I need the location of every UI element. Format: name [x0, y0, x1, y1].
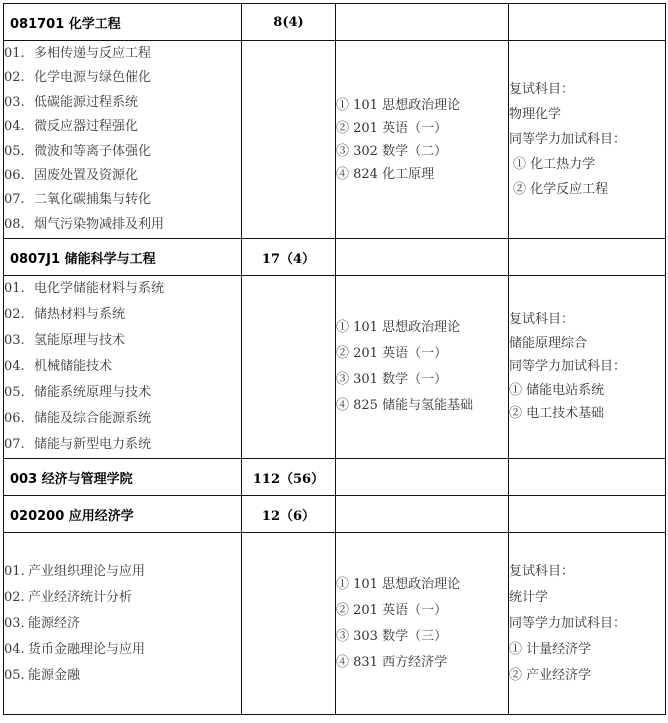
extra-exam-subject: ② 电工技术基础 [509, 402, 665, 426]
direction-number: 04. [4, 115, 34, 139]
exam-subject: ④ 825 储能与氢能基础 [336, 393, 508, 419]
direction-name: 二氧化碳捕集与转化 [34, 192, 151, 207]
exam-subject: ② 201 英语（一） [336, 117, 508, 140]
retest-label: 复试科目： [509, 308, 665, 332]
direction-item: 04.微反应器过程强化 [4, 115, 241, 139]
direction-item: 03.氢能原理与技术 [4, 328, 241, 354]
direction-item: 01.电化学储能材料与系统 [4, 276, 241, 302]
retest-subject: 储能原理综合 [509, 332, 665, 356]
major-detail-row: 01.电化学储能材料与系统 02.储热材料与系统 03.氢能原理与技术 04.机… [4, 276, 666, 459]
direction-item: 01.产业组织理论与应用 [4, 559, 241, 585]
exam-subjects: ① 101 思想政治理论 ② 201 英语（一） ③ 303 数学（三） ④ 8… [336, 533, 509, 715]
direction-number: 01. [4, 559, 28, 585]
direction-item: 08.烟气污染物减排及利用 [4, 213, 241, 237]
direction-number: 04. [4, 354, 34, 380]
extra-exam-label: 同等学力加试科目： [509, 611, 665, 637]
enrollment-count: 8(4) [242, 4, 336, 41]
empty-cell [509, 459, 666, 496]
direction-item: 04.货币金融理论与应用 [4, 637, 241, 663]
exam-subjects: ① 101 思想政治理论 ② 201 英语（一） ③ 301 数学（一） ④ 8… [336, 276, 509, 459]
retest-label: 复试科目： [509, 559, 665, 585]
direction-number: 02. [4, 585, 28, 611]
exam-subject: ③ 303 数学（三） [336, 624, 508, 650]
school-header-row: 003 经济与管理学院 112（56） [4, 459, 666, 496]
direction-name: 储能与新型电力系统 [34, 437, 151, 452]
direction-name: 储能系统原理与技术 [34, 385, 151, 400]
direction-item: 06.固废处置及资源化 [4, 164, 241, 188]
empty-cell [336, 239, 509, 276]
extra-exam-subject: ① 化工热力学 [509, 152, 665, 177]
direction-item: 05.微波和等离子体强化 [4, 140, 241, 164]
direction-number: 06. [4, 164, 34, 188]
direction-item: 03.能源经济 [4, 611, 241, 637]
exam-subject: ① 101 思想政治理论 [336, 315, 508, 341]
major-detail-row: 01.产业组织理论与应用 02.产业经济统计分析 03.能源经济 04.货币金融… [4, 533, 666, 715]
direction-number: 07. [4, 188, 34, 212]
direction-number: 03. [4, 328, 34, 354]
direction-item: 05.能源金融 [4, 663, 241, 689]
major-header-row: 081701 化学工程 8(4) [4, 4, 666, 41]
direction-name: 能源经济 [28, 616, 80, 631]
direction-number: 06. [4, 406, 34, 432]
retest-label: 复试科目： [509, 77, 665, 102]
major-code-name: 0807J1 储能科学与工程 [4, 239, 242, 276]
direction-name: 货币金融理论与应用 [28, 642, 145, 657]
direction-name: 能源金融 [28, 668, 80, 683]
empty-cell [336, 459, 509, 496]
extra-exam-subject: ① 计量经济学 [509, 637, 665, 663]
extra-exam-label: 同等学力加试科目： [509, 355, 665, 379]
enrollment-count: 112（56） [242, 459, 336, 496]
direction-number: 03. [4, 91, 34, 115]
retest-subject: 物理化学 [509, 102, 665, 127]
direction-name: 电化学储能材料与系统 [34, 281, 164, 296]
extra-exam-subject: ② 化学反应工程 [509, 177, 665, 202]
direction-name: 储热材料与系统 [34, 307, 125, 322]
direction-number: 02. [4, 302, 34, 328]
retest-subjects: 复试科目： 统计学 同等学力加试科目： ① 计量经济学 ② 产业经济学 [509, 533, 666, 715]
exam-subject: ② 201 英语（一） [336, 341, 508, 367]
direction-name: 微波和等离子体强化 [34, 144, 151, 159]
admissions-catalog-table: 081701 化学工程 8(4) 01.多相传递与反应工程 02.化学电源与绿色… [3, 3, 666, 715]
direction-name: 产业经济统计分析 [28, 590, 132, 605]
exam-subject: ③ 302 数学（二） [336, 140, 508, 163]
empty-cell [242, 276, 336, 459]
exam-subject: ③ 301 数学（一） [336, 367, 508, 393]
direction-number: 05. [4, 663, 28, 689]
direction-number: 08. [4, 213, 34, 237]
direction-name: 低碳能源过程系统 [34, 95, 138, 110]
direction-item: 03.低碳能源过程系统 [4, 91, 241, 115]
research-directions: 01.产业组织理论与应用 02.产业经济统计分析 03.能源经济 04.货币金融… [4, 533, 242, 715]
empty-cell [242, 41, 336, 239]
major-code-name: 081701 化学工程 [4, 4, 242, 41]
direction-name: 微反应器过程强化 [34, 119, 138, 134]
direction-item: 07.二氧化碳捕集与转化 [4, 188, 241, 212]
direction-item: 06.储能及综合能源系统 [4, 406, 241, 432]
direction-number: 01. [4, 42, 34, 66]
major-header-row: 0807J1 储能科学与工程 17（4） [4, 239, 666, 276]
exam-subjects: ① 101 思想政治理论 ② 201 英语（一） ③ 302 数学（二） ④ 8… [336, 41, 509, 239]
direction-item: 02.化学电源与绿色催化 [4, 66, 241, 90]
direction-number: 05. [4, 380, 34, 406]
retest-subject: 统计学 [509, 585, 665, 611]
direction-number: 01. [4, 276, 34, 302]
direction-number: 04. [4, 637, 28, 663]
direction-number: 05. [4, 140, 34, 164]
enrollment-count: 12（6） [242, 496, 336, 533]
direction-number: 02. [4, 66, 34, 90]
research-directions: 01.电化学储能材料与系统 02.储热材料与系统 03.氢能原理与技术 04.机… [4, 276, 242, 459]
direction-name: 烟气污染物减排及利用 [34, 217, 164, 232]
major-code-name: 020200 应用经济学 [4, 496, 242, 533]
direction-item: 07.储能与新型电力系统 [4, 432, 241, 458]
direction-number: 07. [4, 432, 34, 458]
direction-item: 05.储能系统原理与技术 [4, 380, 241, 406]
exam-subject: ① 101 思想政治理论 [336, 572, 508, 598]
major-header-row: 020200 应用经济学 12（6） [4, 496, 666, 533]
direction-name: 多相传递与反应工程 [34, 46, 151, 61]
empty-cell [509, 496, 666, 533]
direction-number: 03. [4, 611, 28, 637]
direction-name: 产业组织理论与应用 [28, 564, 145, 579]
enrollment-count: 17（4） [242, 239, 336, 276]
exam-subject: ① 101 思想政治理论 [336, 94, 508, 117]
extra-exam-subject: ① 储能电站系统 [509, 379, 665, 403]
direction-name: 机械储能技术 [34, 359, 112, 374]
direction-item: 02.储热材料与系统 [4, 302, 241, 328]
exam-subject: ④ 831 西方经济学 [336, 650, 508, 676]
school-code-name: 003 经济与管理学院 [4, 459, 242, 496]
direction-item: 04.机械储能技术 [4, 354, 241, 380]
major-detail-row: 01.多相传递与反应工程 02.化学电源与绿色催化 03.低碳能源过程系统 04… [4, 41, 666, 239]
direction-name: 氢能原理与技术 [34, 333, 125, 348]
direction-name: 固废处置及资源化 [34, 168, 138, 183]
extra-exam-label: 同等学力加试科目： [509, 127, 665, 152]
retest-subjects: 复试科目： 储能原理综合 同等学力加试科目： ① 储能电站系统 ② 电工技术基础 [509, 276, 666, 459]
research-directions: 01.多相传递与反应工程 02.化学电源与绿色催化 03.低碳能源过程系统 04… [4, 41, 242, 239]
extra-exam-subject: ② 产业经济学 [509, 663, 665, 689]
direction-name: 化学电源与绿色催化 [34, 70, 151, 85]
empty-cell [336, 496, 509, 533]
exam-subject: ② 201 英语（一） [336, 598, 508, 624]
empty-cell [509, 4, 666, 41]
direction-name: 储能及综合能源系统 [34, 411, 151, 426]
direction-item: 02.产业经济统计分析 [4, 585, 241, 611]
empty-cell [242, 533, 336, 715]
direction-item: 01.多相传递与反应工程 [4, 42, 241, 66]
empty-cell [336, 4, 509, 41]
empty-cell [509, 239, 666, 276]
exam-subject: ④ 824 化工原理 [336, 163, 508, 186]
retest-subjects: 复试科目： 物理化学 同等学力加试科目： ① 化工热力学 ② 化学反应工程 [509, 41, 666, 239]
